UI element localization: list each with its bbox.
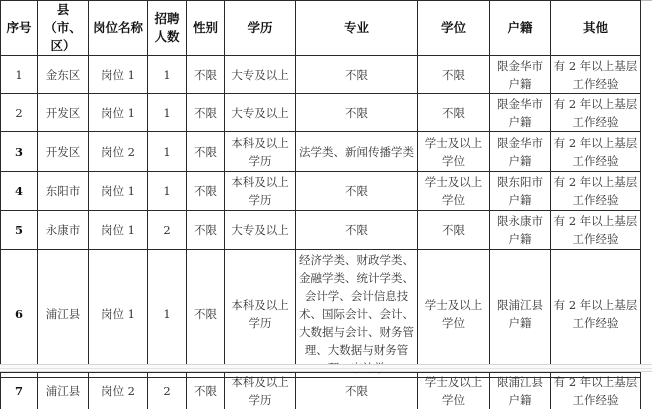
cell-degree: 不限 (418, 211, 490, 250)
cell-post: 岗位 1 (89, 211, 148, 250)
cell-other: 有 2 年以上基层工作经验 (551, 172, 641, 211)
header-row: 序号 县（市、区） 岗位名称 招聘人数 性别 学历 专业 学位 户籍 其他 (1, 1, 641, 56)
cell-count: 2 (148, 373, 187, 409)
cell-gender: 不限 (187, 94, 225, 132)
cell-education: 大专及以上 (225, 211, 296, 250)
table-row: 7 浦江县 岗位 2 2 不限 本科及以上学历 不限 学士及以上学位 限浦江县户… (1, 373, 641, 409)
cell-count: 1 (148, 250, 187, 378)
cell-degree: 不限 (418, 94, 490, 132)
cell-county: 永康市 (38, 211, 89, 250)
cell-major: 经济学类、财政学类、金融学类、统计学类、会计学、会计信息技术、国际会计、会计、大… (296, 250, 418, 378)
cell-education: 本科及以上学历 (225, 132, 296, 172)
cell-other: 有 2 年以上基层工作经验 (551, 56, 641, 94)
table-row: 4 东阳市 岗位 1 1 不限 本科及以上学历 不限 学士及以上学位 限东阳市户… (1, 172, 641, 211)
cell-no: 6 (1, 250, 38, 378)
cell-gender: 不限 (187, 172, 225, 211)
cell-gender: 不限 (187, 132, 225, 172)
cell-county: 开发区 (38, 132, 89, 172)
cell-education: 本科及以上学历 (225, 373, 296, 409)
cell-post: 岗位 1 (89, 250, 148, 378)
cell-no: 4 (1, 172, 38, 211)
cell-other: 有 2 年以上基层工作经验 (551, 132, 641, 172)
table-row: 2 开发区 岗位 1 1 不限 大专及以上 不限 不限 限金华市户籍 有 2 年… (1, 94, 641, 132)
header-post: 岗位名称 (89, 1, 148, 56)
table-row: 1 金东区 岗位 1 1 不限 大专及以上 不限 不限 限金华市户籍 有 2 年… (1, 56, 641, 94)
cell-major: 不限 (296, 172, 418, 211)
cell-major: 不限 (296, 56, 418, 94)
header-education: 学历 (225, 1, 296, 56)
recruitment-table: 序号 县（市、区） 岗位名称 招聘人数 性别 学历 专业 学位 户籍 其他 1 … (0, 0, 641, 378)
cell-no: 3 (1, 132, 38, 172)
cell-hukou: 限浦江县户籍 (490, 373, 551, 409)
cell-gender: 不限 (187, 373, 225, 409)
cell-degree: 学士及以上学位 (418, 132, 490, 172)
cell-no: 5 (1, 211, 38, 250)
header-no: 序号 (1, 1, 38, 56)
cell-no: 2 (1, 94, 38, 132)
cell-major: 不限 (296, 94, 418, 132)
header-hukou: 户籍 (490, 1, 551, 56)
cell-major: 法学类、新闻传播学类 (296, 132, 418, 172)
cell-county: 金东区 (38, 56, 89, 94)
header-other: 其他 (551, 1, 641, 56)
cell-other: 有 2 年以上基层工作经验 (551, 250, 641, 378)
cell-post: 岗位 2 (89, 132, 148, 172)
cell-post: 岗位 2 (89, 373, 148, 409)
cell-education: 本科及以上学历 (225, 250, 296, 378)
header-major: 专业 (296, 1, 418, 56)
cell-count: 1 (148, 56, 187, 94)
cell-gender: 不限 (187, 211, 225, 250)
cell-education: 本科及以上学历 (225, 172, 296, 211)
cell-degree: 学士及以上学位 (418, 373, 490, 409)
header-gender: 性别 (187, 1, 225, 56)
cell-post: 岗位 1 (89, 172, 148, 211)
recruitment-table-continued: 7 浦江县 岗位 2 2 不限 本科及以上学历 不限 学士及以上学位 限浦江县户… (0, 372, 641, 409)
cell-degree: 不限 (418, 56, 490, 94)
cell-major: 不限 (296, 373, 418, 409)
header-county: 县（市、区） (38, 1, 89, 56)
cell-gender: 不限 (187, 250, 225, 378)
cell-county: 开发区 (38, 94, 89, 132)
cell-post: 岗位 1 (89, 56, 148, 94)
cell-hukou: 限金华市户籍 (490, 132, 551, 172)
cell-gender: 不限 (187, 56, 225, 94)
page-break-gap (0, 364, 652, 372)
cell-hukou: 限金华市户籍 (490, 94, 551, 132)
cell-count: 1 (148, 132, 187, 172)
cell-no: 1 (1, 56, 38, 94)
cell-county: 浦江县 (38, 250, 89, 378)
cell-education: 大专及以上 (225, 56, 296, 94)
header-degree: 学位 (418, 1, 490, 56)
cell-county: 东阳市 (38, 172, 89, 211)
cell-post: 岗位 1 (89, 94, 148, 132)
cell-county: 浦江县 (38, 373, 89, 409)
cell-hukou: 限永康市户籍 (490, 211, 551, 250)
cell-major: 不限 (296, 211, 418, 250)
cell-education: 大专及以上 (225, 94, 296, 132)
header-count: 招聘人数 (148, 1, 187, 56)
table-row: 5 永康市 岗位 1 2 不限 大专及以上 不限 不限 限永康市户籍 有 2 年… (1, 211, 641, 250)
cell-count: 1 (148, 94, 187, 132)
cell-degree: 学士及以上学位 (418, 172, 490, 211)
cell-other: 有 2 年以上基层工作经验 (551, 373, 641, 409)
cell-hukou: 限东阳市户籍 (490, 172, 551, 211)
cell-count: 2 (148, 211, 187, 250)
table-row: 3 开发区 岗位 2 1 不限 本科及以上学历 法学类、新闻传播学类 学士及以上… (1, 132, 641, 172)
cell-count: 1 (148, 172, 187, 211)
cell-other: 有 2 年以上基层工作经验 (551, 211, 641, 250)
cell-other: 有 2 年以上基层工作经验 (551, 94, 641, 132)
cell-hukou: 限金华市户籍 (490, 56, 551, 94)
cell-degree: 学士及以上学位 (418, 250, 490, 378)
cell-hukou: 限浦江县户籍 (490, 250, 551, 378)
cell-no: 7 (1, 373, 38, 409)
table-row: 6 浦江县 岗位 1 1 不限 本科及以上学历 经济学类、财政学类、金融学类、统… (1, 250, 641, 378)
